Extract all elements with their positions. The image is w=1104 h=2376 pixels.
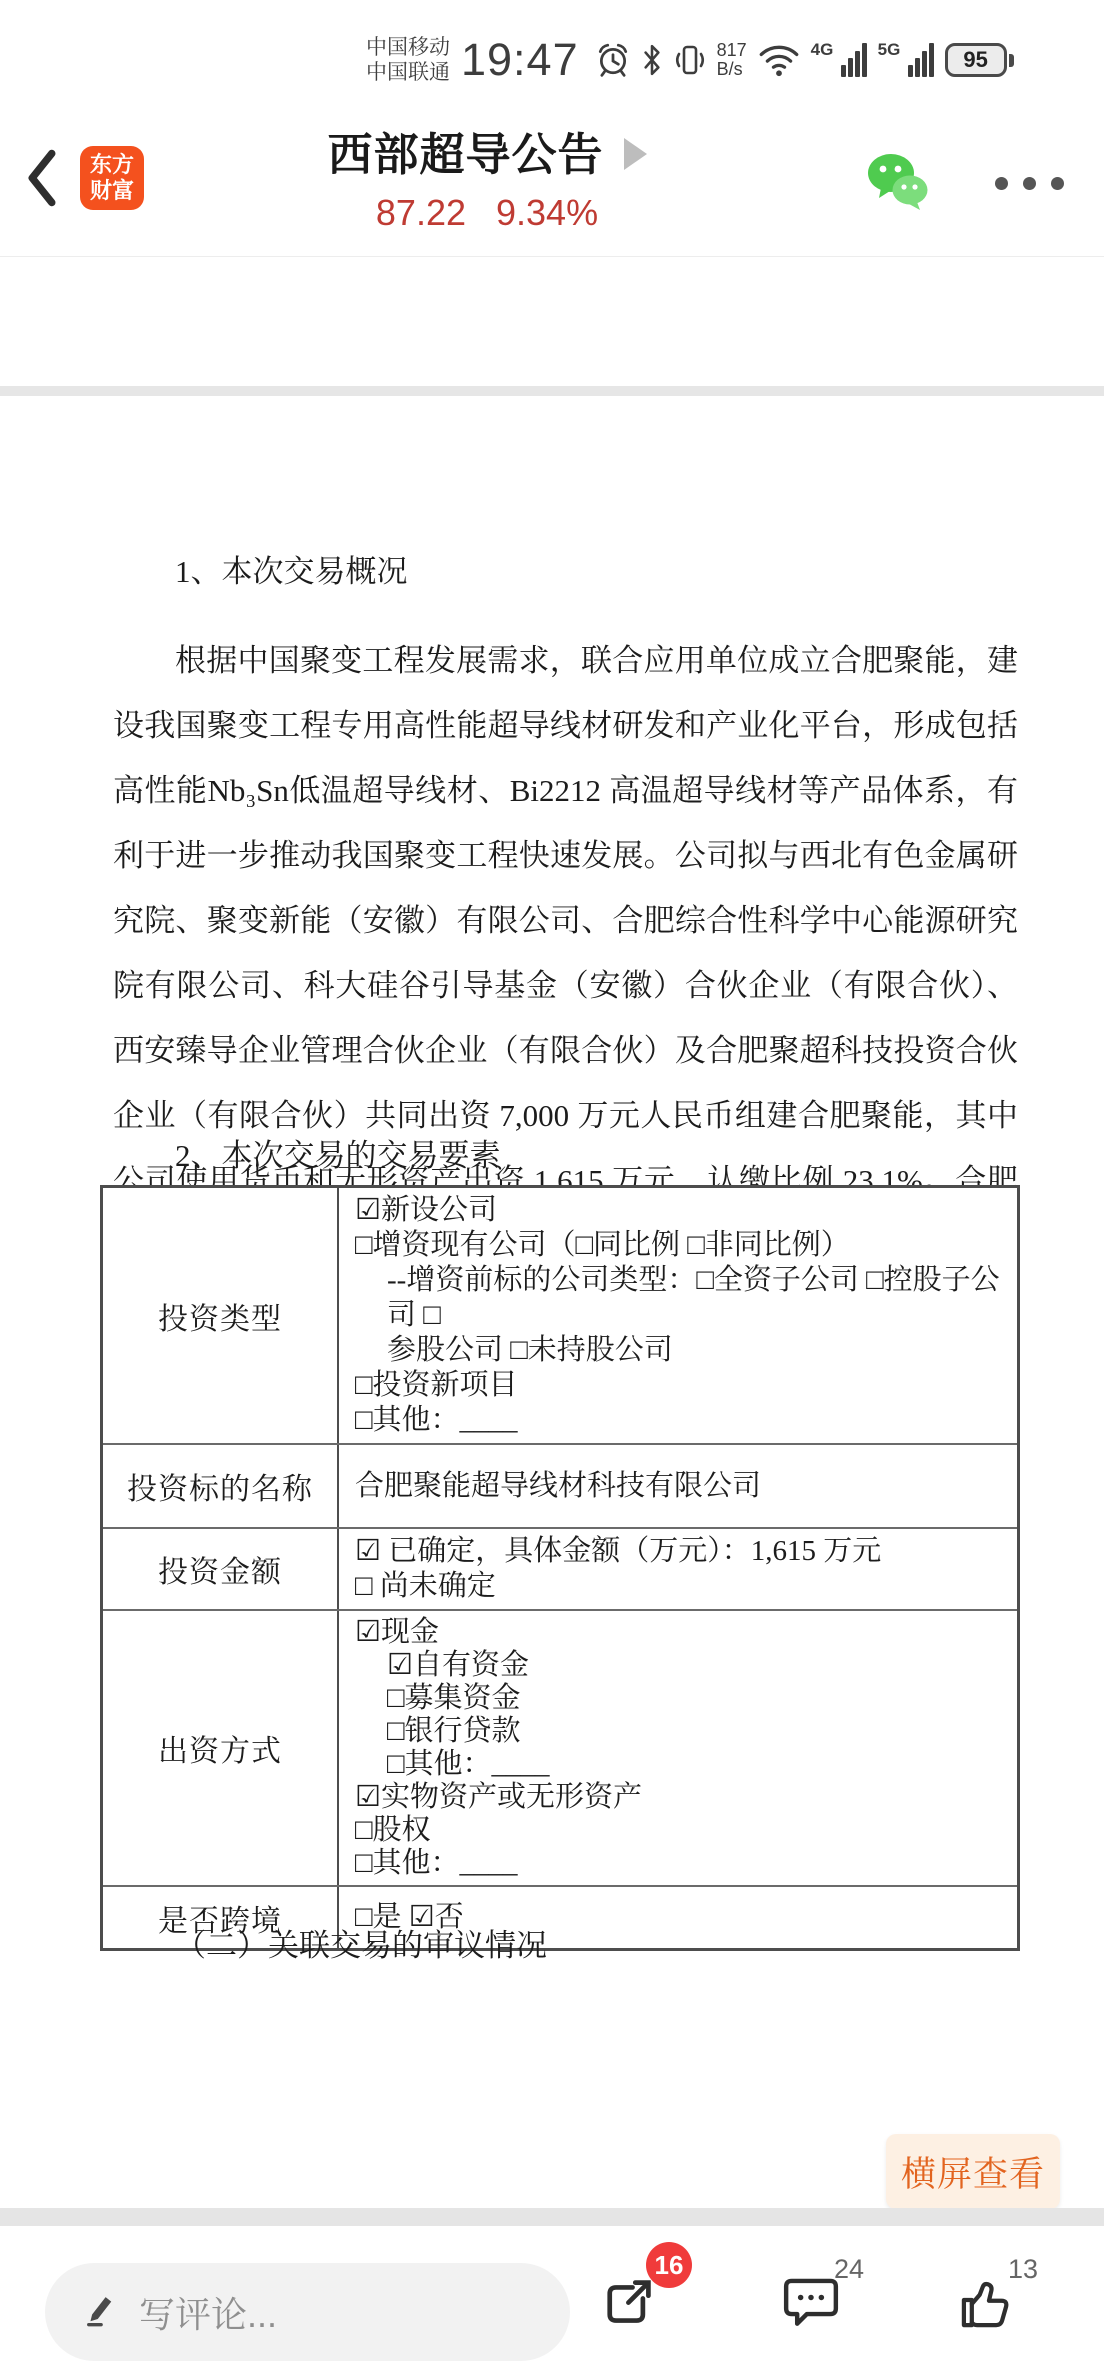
- vibrate-icon: [674, 42, 706, 78]
- phone-screen: 中国移动 中国联通 19:47 817: [0, 0, 1104, 2376]
- row-content: 合肥聚能超导线材科技有限公司: [339, 1445, 1017, 1527]
- wifi-icon: [758, 42, 800, 78]
- carrier-2: 中国联通: [366, 60, 450, 85]
- row-content: ☑新设公司 □增资现有公司（□同比例 □非同比例） --增资前标的公司类型：□全…: [339, 1188, 1017, 1443]
- ellipsis-icon: [995, 177, 1008, 190]
- bottom-action-bar: 写评论... 16 24: [0, 2226, 1104, 2376]
- bottom-separator: [0, 2208, 1104, 2226]
- status-bar: 中国移动 中国联通 19:47 817: [366, 26, 1058, 94]
- section-heading-1: 1、本次交易概况: [175, 552, 408, 592]
- content-line: □ 尚未确定: [355, 1569, 1007, 1604]
- signal-4g: 4G: [811, 40, 867, 80]
- page-title: 西部超导公告: [327, 118, 603, 183]
- comment-placeholder: 写评论...: [139, 2287, 277, 2338]
- deal-elements-table: 投资类型 ☑新设公司 □增资现有公司（□同比例 □非同比例） --增资前标的公司…: [100, 1185, 1020, 1951]
- title-block: 西部超导公告 87.22 9.34%: [252, 118, 722, 234]
- more-menu-button[interactable]: [995, 177, 1064, 190]
- wechat-icon: [865, 152, 931, 210]
- app-logo[interactable]: 东方 财富: [80, 146, 144, 210]
- like-count: 13: [1008, 2254, 1038, 2285]
- share-badge: 16: [646, 2242, 692, 2288]
- content-line: □投资新项目: [355, 1368, 1007, 1403]
- network-speed: 817 B/s: [717, 41, 747, 79]
- alarm-icon: [596, 42, 630, 78]
- content-line: 合肥聚能超导线材科技有限公司: [355, 1469, 1007, 1504]
- comments-button[interactable]: 24: [768, 2226, 888, 2376]
- content-line: ☑实物资产或无形资产: [355, 1781, 1007, 1814]
- share-button[interactable]: 16: [584, 2226, 704, 2376]
- announcement-document: 1、本次交易概况 根据中国聚变工程发展需求，联合应用单位成立合肥聚能，建设我国聚…: [0, 396, 1104, 2208]
- play-icon[interactable]: [624, 138, 647, 170]
- battery-indicator: 95: [945, 43, 1014, 77]
- wechat-share-button[interactable]: [865, 152, 931, 215]
- comment-bubble-icon: [782, 2275, 840, 2336]
- content-line: ☑新设公司: [355, 1193, 1007, 1228]
- battery-percent: 95: [945, 43, 1007, 77]
- content-line: □其他：____: [355, 1748, 1007, 1781]
- landscape-view-button[interactable]: 横屏查看: [886, 2134, 1060, 2209]
- header-separator: [0, 386, 1104, 396]
- table-row-funding-method: 出资方式 ☑现金 ☑自有资金 □募集资金 □银行贷款 □其他：____ ☑实物资…: [103, 1609, 1017, 1885]
- content-line: ☑自有资金: [355, 1649, 1007, 1682]
- comment-count: 24: [834, 2254, 864, 2285]
- section-heading-2: 2、本次交易的交易要素: [175, 1136, 501, 1176]
- content-line: □股权: [355, 1814, 1007, 1847]
- content-line: ☑ 已确定，具体金额（万元）：1,615 万元: [355, 1534, 1007, 1569]
- row-label: 出资方式: [103, 1611, 339, 1885]
- section-heading-3: （二）关联交易的审议情况: [175, 1926, 547, 1966]
- content-line: --增资前标的公司类型：□全资子公司 □控股子公司 □: [355, 1263, 1007, 1333]
- like-button[interactable]: 13: [942, 2226, 1062, 2376]
- content-line: □银行贷款: [355, 1715, 1007, 1748]
- content-line: ☑现金: [355, 1616, 1007, 1649]
- thumbs-up-icon: [956, 2275, 1014, 2338]
- table-row-investment-type: 投资类型 ☑新设公司 □增资现有公司（□同比例 □非同比例） --增资前标的公司…: [103, 1188, 1017, 1443]
- stock-price: 87.22: [376, 192, 466, 234]
- carrier-1: 中国移动: [366, 35, 450, 60]
- pencil-icon: [83, 2292, 117, 2333]
- content-line: □其他：____: [355, 1403, 1007, 1438]
- row-label: 投资金额: [103, 1529, 339, 1609]
- signal-5g: 5G: [878, 40, 934, 80]
- bluetooth-icon: [641, 43, 663, 77]
- table-row-investment-amount: 投资金额 ☑ 已确定，具体金额（万元）：1,615 万元 □ 尚未确定: [103, 1527, 1017, 1609]
- back-button[interactable]: [24, 150, 74, 210]
- content-line: □其他：____: [355, 1847, 1007, 1880]
- comment-input[interactable]: 写评论...: [45, 2263, 570, 2361]
- row-content: ☑ 已确定，具体金额（万元）：1,615 万元 □ 尚未确定: [339, 1529, 1017, 1609]
- row-label: 投资类型: [103, 1188, 339, 1443]
- header-bar: 东方 财富 西部超导公告 87.22 9.34%: [0, 100, 1104, 257]
- carrier-label: 中国移动 中国联通: [366, 35, 450, 85]
- clock-time: 19:47: [461, 34, 579, 86]
- share-icon: [598, 2275, 656, 2338]
- table-row-target-name: 投资标的名称 合肥聚能超导线材科技有限公司: [103, 1443, 1017, 1527]
- stock-change: 9.34%: [496, 192, 598, 234]
- content-line: 参股公司 □未持股公司: [355, 1333, 1007, 1368]
- chevron-left-icon: [24, 148, 60, 213]
- row-content: ☑现金 ☑自有资金 □募集资金 □银行贷款 □其他：____ ☑实物资产或无形资…: [339, 1611, 1017, 1885]
- content-line: □增资现有公司（□同比例 □非同比例）: [355, 1228, 1007, 1263]
- content-line: □募集资金: [355, 1682, 1007, 1715]
- body-paragraph: 根据中国聚变工程发展需求，联合应用单位成立合肥聚能，建设我国聚变工程专用高性能超…: [113, 628, 1018, 1278]
- row-label: 投资标的名称: [103, 1445, 339, 1527]
